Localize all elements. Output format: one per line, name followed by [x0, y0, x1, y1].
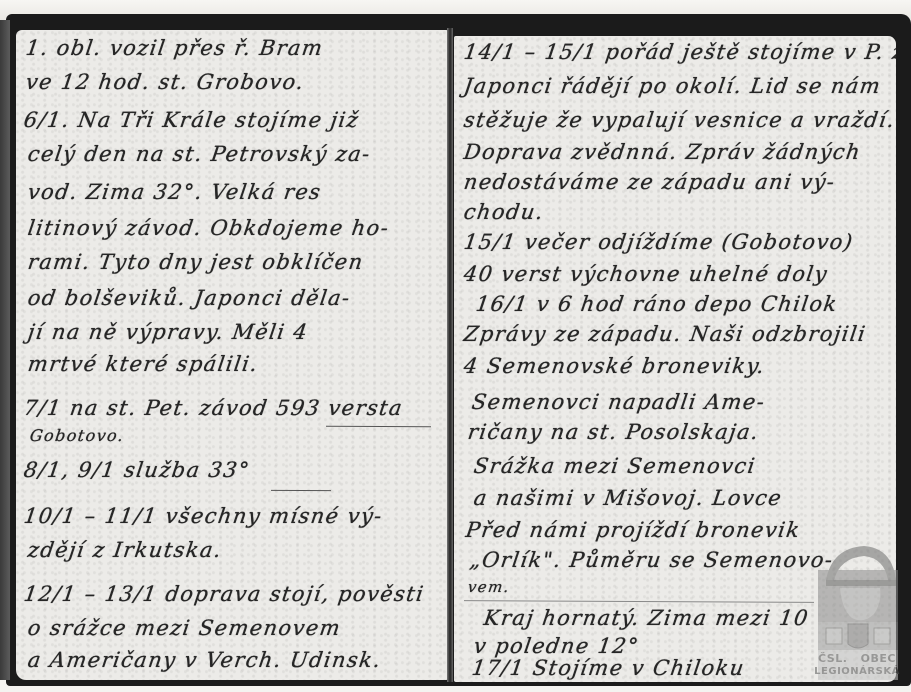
- diary-line: od bolševiků. Japonci děla-: [26, 286, 352, 310]
- diary-line: 40 verst výchovne uhelné doly: [462, 262, 829, 286]
- obec-legionarska-stamp: ČSL. OBEC LEGIONÁRSKÁ: [812, 540, 902, 680]
- diary-line: a Američany v Verch. Udinsk.: [26, 648, 383, 672]
- diary-line: Srážka mezi Semenovci: [472, 454, 757, 478]
- diary-line: stěžuje že vypalují vesnice a vraždí.: [462, 108, 896, 132]
- diary-line: Zprávy ze západu. Naši odzbrojili: [462, 322, 868, 346]
- diary-line: o srážce mezi Semenovem: [26, 616, 342, 640]
- diary-line: chodu.: [462, 200, 545, 224]
- diary-line: a našimi v Mišovoj. Lovce: [472, 486, 784, 510]
- diary-line: Kraj hornatý. Zima mezi 10: [482, 606, 810, 630]
- stamp-text-legionarska: LEGIONÁRSKÁ: [812, 666, 902, 677]
- notebook-cover-edge: [0, 20, 10, 680]
- diary-line: Semenovci napadli Ame-: [470, 390, 767, 414]
- left-page: 1. obl. vozil přes ř. Bram ve 12 hod. st…: [16, 30, 448, 680]
- notebook-spine: [447, 28, 453, 682]
- diary-line: „Orlík". Půměru se Semenovo-: [468, 548, 835, 572]
- diary-line: zdějí z Irkutska.: [26, 538, 223, 562]
- diary-line: v poledne 12°: [472, 634, 641, 658]
- diary-line: 15/1 večer odjíždíme (Gobotovo): [462, 230, 855, 254]
- diary-line: Před námi projíždí bronevik: [464, 518, 802, 542]
- stamp-text-csl: ČSL.: [818, 652, 847, 665]
- diary-line: 1. obl. vozil přes ř. Bram: [24, 36, 325, 60]
- diary-line: litinový závod. Obkdojeme ho-: [26, 216, 391, 240]
- diary-line: Doprava zvědnná. Zpráv žádných: [462, 140, 862, 164]
- diary-line: 8/1, 9/1 služba 33°: [22, 458, 252, 482]
- diary-line: vem.: [467, 578, 511, 596]
- wavy-separator: [464, 600, 814, 603]
- diary-line: 6/1. Na Tři Krále stojíme již: [22, 108, 361, 132]
- diary-line: ričany na st. Posolskaja.: [466, 420, 761, 444]
- diary-line: ve 12 hod. st. Grobovo.: [24, 70, 306, 94]
- diary-line: 7/1 na st. Pet. závod 593 versta: [22, 396, 404, 420]
- diary-line: jí na ně výpravy. Měli 4: [26, 320, 310, 344]
- diary-line: 17/1 Stojíme v Chiloku: [470, 656, 746, 680]
- stamp-text-obec: OBEC: [861, 652, 896, 665]
- diary-line: 14/1 – 15/1 pořád ještě stojíme v P. záv…: [462, 40, 896, 64]
- underline-mark: [326, 426, 431, 428]
- diary-line: Japonci řádějí po okolí. Lid se nám: [462, 74, 883, 98]
- diary-line: 4 Semenovské broneviky.: [462, 354, 767, 378]
- diary-line: 12/1 – 13/1 doprava stojí, pověsti: [22, 582, 426, 606]
- diary-line: celý den na st. Petrovský za-: [26, 142, 372, 166]
- diary-line: nedostáváme ze západu ani vý-: [462, 170, 837, 194]
- diary-line: vod. Zima 32°. Velká res: [26, 180, 323, 204]
- diary-line: 10/1 – 11/1 všechny mísné vý-: [22, 504, 384, 528]
- diary-line: 16/1 v 6 hod ráno depo Chilok: [474, 292, 839, 316]
- diary-line: mrtvé které spálili.: [26, 352, 260, 376]
- diary-line: rami. Tyto dny jest obklíčen: [26, 250, 365, 274]
- diary-line: Gobotovo.: [29, 426, 126, 445]
- underline-mark: [271, 490, 331, 491]
